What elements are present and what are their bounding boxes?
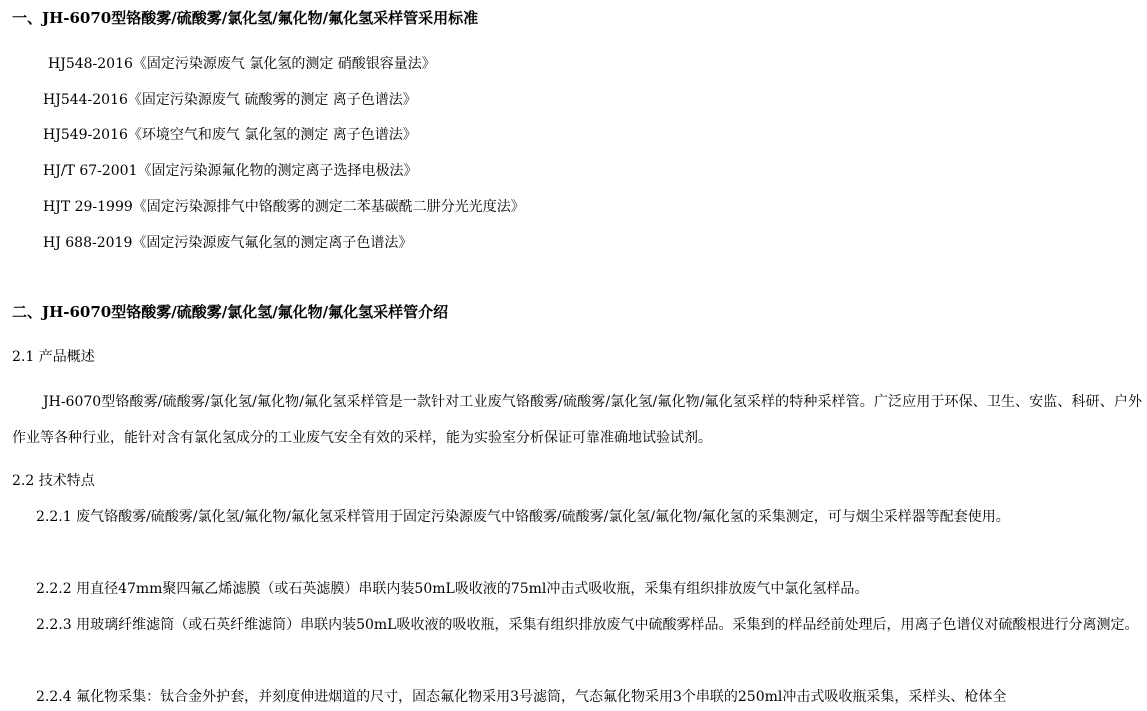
overview-paragraph: JH-6070型铬酸雾/硫酸雾/氯化氢/氟化物/氟化氢采样管是一款针对工业废气铬… bbox=[12, 384, 1142, 456]
standard-item: HJ548-2016《固定污染源废气 氯化氢的测定 硝酸银容量法》 bbox=[48, 54, 436, 74]
features-title: 2.2 技术特点 bbox=[12, 471, 95, 491]
standard-item: HJ 688-2019《固定污染源废气氟化氢的测定离子色谱法》 bbox=[43, 233, 412, 253]
feature-item: 2.2.3 用玻璃纤维滤筒（或石英纤维滤筒）串联内装50mL吸收液的吸收瓶，采集… bbox=[12, 607, 1142, 643]
feature-item: 2.2.1 废气铬酸雾/硫酸雾/氯化氢/氟化物/氟化氢采样管用于固定污染源废气中… bbox=[12, 499, 1142, 535]
standard-item: HJT 29-1999《固定污染源排气中铬酸雾的测定二苯基碳酰二肼分光光度法》 bbox=[43, 197, 525, 217]
feature-item: 2.2.2 用直径47mm聚四氟乙烯滤膜（或石英滤膜）串联内装50mL吸收液的7… bbox=[12, 571, 1142, 607]
standard-item: HJ/T 67-2001《固定污染源氟化物的测定离子选择电极法》 bbox=[43, 161, 418, 181]
section-1-heading: 一、JH-6070型铬酸雾/硫酸雾/氯化氢/氟化物/氟化氢采样管采用标准 bbox=[12, 8, 478, 28]
standard-item: HJ544-2016《固定污染源废气 硫酸雾的测定 离子色谱法》 bbox=[43, 90, 417, 110]
feature-item: 2.2.4 氟化物采集：钛合金外护套，并刻度伸进烟道的尺寸，固态氟化物采用3号滤… bbox=[12, 679, 1142, 711]
standard-item: HJ549-2016《环境空气和废气 氯化氢的测定 离子色谱法》 bbox=[43, 125, 417, 145]
overview-title: 2.1 产品概述 bbox=[12, 347, 95, 367]
section-2-heading: 二、JH-6070型铬酸雾/硫酸雾/氯化氢/氟化物/氟化氢采样管介绍 bbox=[12, 302, 448, 322]
